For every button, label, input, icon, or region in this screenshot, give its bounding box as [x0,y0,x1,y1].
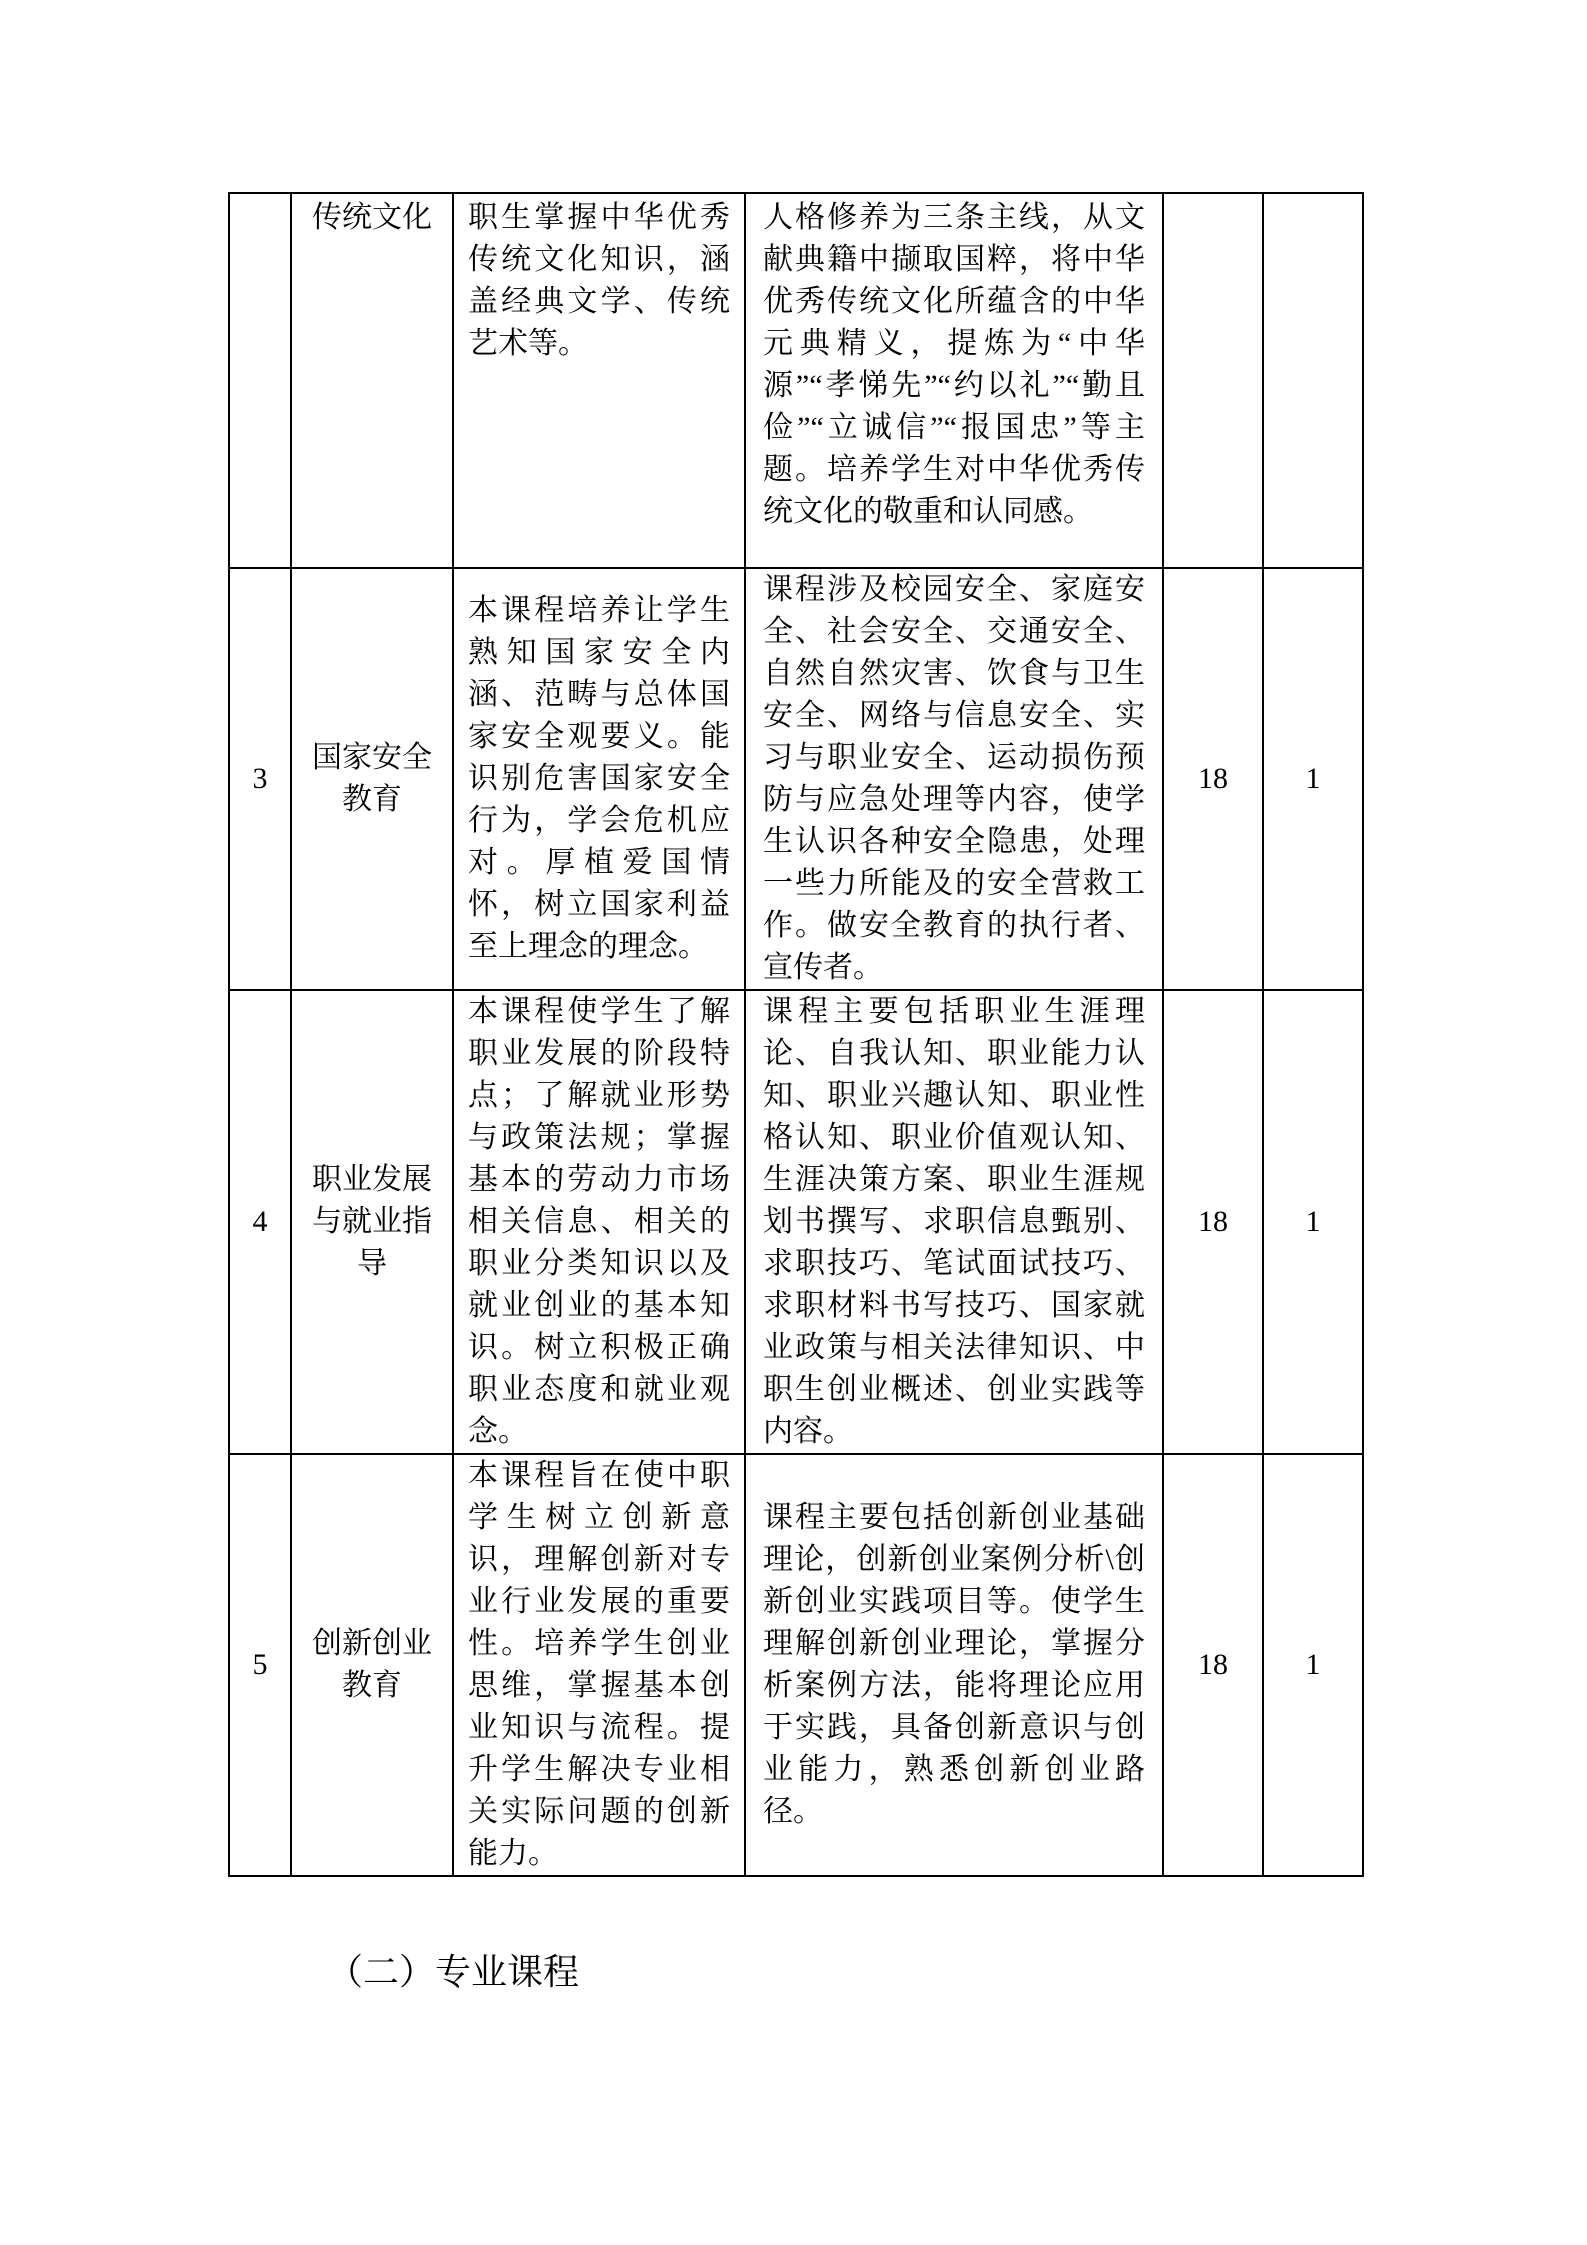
course-name-cell: 职业发展与就业指导 [291,990,453,1454]
course-name-cell: 传统文化 [291,193,453,568]
credits-cell: 1 [1263,1454,1363,1876]
course-name-cell: 创新创业教育 [291,1454,453,1876]
course-objective-cell: 本课程使学生了解职业发展的阶段特点；了解就业形势与政策法规；掌握基本的劳动力市场… [453,990,745,1454]
course-name-cell: 国家安全教育 [291,568,453,990]
hours-cell [1163,193,1263,568]
document-page: 传统文化 职生掌握中华优秀传统文化知识，涵盖经典文学、传统艺术等。 人格修养为三… [0,0,1587,2245]
course-content-cell: 课程主要包括职业生涯理论、自我认知、职业能力认知、职业兴趣认知、职业性格认知、职… [745,990,1163,1454]
hours-cell: 18 [1163,1454,1263,1876]
course-objective-cell: 本课程旨在使中职学生树立创新意识，理解创新对专业行业发展的重要性。培养学生创业思… [453,1454,745,1876]
course-content-cell: 人格修养为三条主线，从文献典籍中撷取国粹，将中华优秀传统文化所蕴含的中华元典精义… [745,193,1163,568]
course-objective-cell: 职生掌握中华优秀传统文化知识，涵盖经典文学、传统艺术等。 [453,193,745,568]
section-heading: （二）专业课程 [327,1950,579,1994]
credits-cell: 1 [1263,990,1363,1454]
table-row: 3 国家安全教育 本课程培养让学生熟知国家安全内涵、范畴与总体国家安全观要义。能… [229,568,1363,990]
course-objective-cell: 本课程培养让学生熟知国家安全内涵、范畴与总体国家安全观要义。能识别危害国家安全行… [453,568,745,990]
hours-cell: 18 [1163,990,1263,1454]
credits-cell: 1 [1263,568,1363,990]
hours-cell: 18 [1163,568,1263,990]
row-number-cell [229,193,291,568]
course-content-cell: 课程涉及校园安全、家庭安全、社会安全、交通安全、自然自然灾害、饮食与卫生安全、网… [745,568,1163,990]
table-row: 5 创新创业教育 本课程旨在使中职学生树立创新意识，理解创新对专业行业发展的重要… [229,1454,1363,1876]
credits-cell [1263,193,1363,568]
row-number-cell: 5 [229,1454,291,1876]
course-content-cell: 课程主要包括创新创业基础理论，创新创业案例分析\创新创业实践项目等。使学生理解创… [745,1454,1163,1876]
table-row: 传统文化 职生掌握中华优秀传统文化知识，涵盖经典文学、传统艺术等。 人格修养为三… [229,193,1363,568]
table-row: 4 职业发展与就业指导 本课程使学生了解职业发展的阶段特点；了解就业形势与政策法… [229,990,1363,1454]
curriculum-table: 传统文化 职生掌握中华优秀传统文化知识，涵盖经典文学、传统艺术等。 人格修养为三… [228,192,1364,1877]
row-number-cell: 4 [229,990,291,1454]
row-number-cell: 3 [229,568,291,990]
